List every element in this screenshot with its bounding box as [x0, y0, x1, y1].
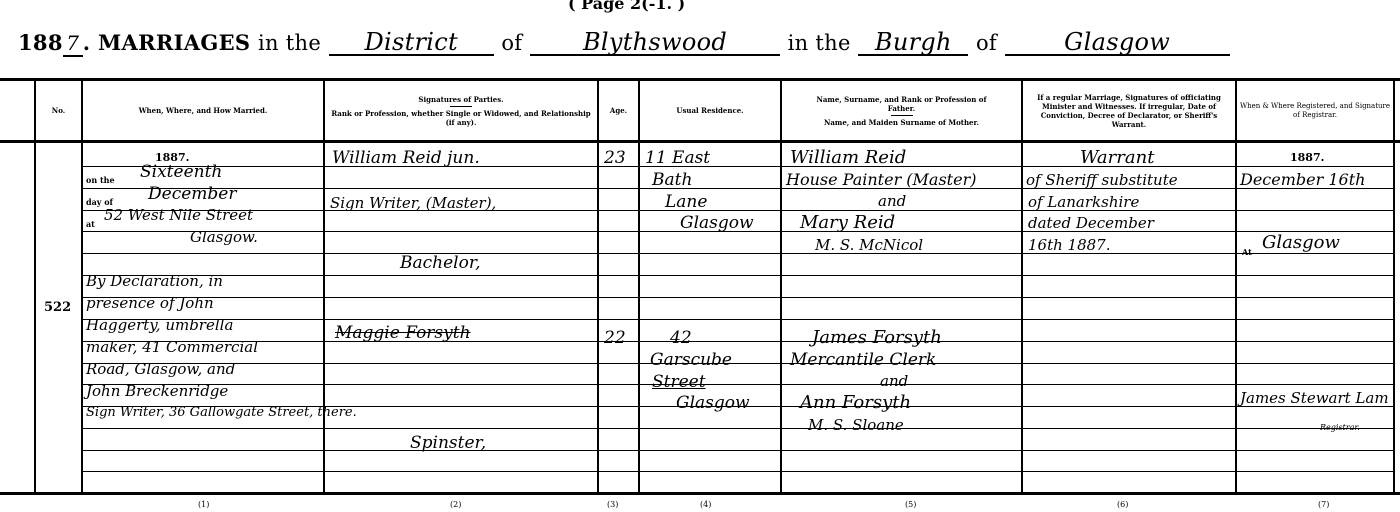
in-the-label: in the — [258, 31, 321, 55]
row-rule — [1237, 253, 1393, 254]
col-rule — [81, 80, 83, 493]
registered-year: 1887. — [1290, 150, 1324, 166]
col-header-residence: Usual Residence. — [640, 81, 780, 140]
bride-residence-line: Garscube — [650, 352, 732, 368]
row-rule — [782, 471, 1021, 472]
column-number: (4) — [700, 500, 711, 509]
row-rule — [1023, 363, 1235, 364]
row-rule — [640, 319, 780, 320]
row-rule — [782, 450, 1021, 451]
how-married-line: presence of John — [86, 295, 214, 311]
column-number: (2) — [450, 500, 461, 509]
row-rule — [1023, 471, 1235, 472]
row-rule — [599, 471, 638, 472]
col-rule — [597, 80, 599, 493]
row-rule — [640, 450, 780, 451]
col-rule — [34, 80, 36, 493]
row-rule — [640, 210, 780, 211]
row-rule — [1237, 428, 1393, 429]
row-rule — [599, 384, 638, 385]
row-rule — [83, 428, 323, 429]
signatures-title: Signatures of Parties. — [418, 95, 503, 104]
col-rule — [638, 80, 640, 493]
how-married-line: By Declaration, in — [86, 273, 223, 289]
row-rule — [1023, 297, 1235, 298]
bride-residence-line: Street — [652, 374, 706, 390]
registrar-label: Registrar. — [1320, 420, 1360, 436]
row-rule — [640, 428, 780, 429]
row-rule — [599, 210, 638, 211]
row-rule — [325, 297, 597, 298]
row-rule — [599, 319, 638, 320]
groom-residence-line: Glasgow — [680, 215, 754, 231]
registered-date: December 16th — [1240, 172, 1365, 188]
of-label-2: of — [976, 31, 997, 55]
row-rule — [782, 275, 1021, 276]
of-label: of — [501, 31, 522, 55]
entry-number: 522 — [44, 300, 71, 316]
row-rule — [1237, 363, 1393, 364]
row-rule — [1023, 406, 1235, 407]
table-bottom-rule — [0, 492, 1400, 495]
registered-place: Glasgow — [1262, 235, 1340, 251]
col-rule — [323, 80, 325, 493]
groom-residence-line: Lane — [665, 194, 707, 210]
district-name: Blythswood — [530, 30, 780, 56]
bride-mother: Ann Forsyth — [800, 395, 911, 411]
column-number: (5) — [905, 500, 916, 509]
row-rule — [325, 363, 597, 364]
row-rule — [1023, 384, 1235, 385]
bride-status: Spinster, — [410, 435, 486, 451]
how-married-line: John Breckenridge — [86, 383, 228, 399]
and-label: and — [878, 193, 906, 209]
col-header-signatures: Signatures of Parties. Rank or Professio… — [325, 81, 597, 140]
row-rule — [782, 210, 1021, 211]
bride-residence-line: Glasgow — [676, 395, 750, 411]
row-rule — [599, 406, 638, 407]
row-rule — [1023, 319, 1235, 320]
register-title: MARRIAGES — [98, 30, 250, 55]
groom-mother: Mary Reid — [800, 215, 895, 231]
bride-mother-maiden: M. S. Sloane — [808, 417, 904, 433]
groom-status: Bachelor, — [400, 255, 481, 271]
area-name: Glasgow — [1005, 30, 1230, 56]
row-rule — [640, 471, 780, 472]
registered-at-label: At — [1242, 244, 1252, 260]
row-rule — [1023, 450, 1235, 451]
signatures-subtitle: Rank or Profession, whether Single or Wi… — [325, 109, 597, 127]
how-married-line: Haggerty, umbrella — [86, 317, 233, 333]
in-the-label-2: in the — [788, 31, 851, 55]
row-rule — [325, 231, 597, 232]
row-rule — [1237, 384, 1393, 385]
register-heading: 1887. MARRIAGES in the District of Blyth… — [18, 30, 1230, 57]
row-rule — [599, 363, 638, 364]
row-rule — [325, 406, 597, 407]
warrant-line: Warrant — [1080, 150, 1154, 166]
warrant-line: of Sheriff substitute — [1026, 172, 1178, 188]
row-rule — [599, 188, 638, 189]
row-rule — [782, 319, 1021, 320]
row-rule — [325, 428, 597, 429]
column-number: (1) — [198, 500, 209, 509]
row-rule — [1237, 297, 1393, 298]
col-header-regular-marriage: If a regular Marriage, Signatures of off… — [1023, 81, 1235, 140]
row-rule — [599, 253, 638, 254]
row-rule — [599, 450, 638, 451]
on-the-label: on the — [86, 172, 115, 188]
warrant-line: of Lanarkshire — [1028, 194, 1139, 210]
bride-father-rank: Mercantile Clerk — [790, 352, 936, 368]
how-married-line: maker, 41 Commercial — [86, 339, 258, 355]
col-header-age: Age. — [599, 81, 638, 140]
groom-residence-line: 11 East — [645, 150, 710, 166]
row-rule — [599, 275, 638, 276]
warrant-line: dated December — [1028, 215, 1154, 231]
groom-signature: William Reid jun. — [332, 150, 480, 166]
bride-age: 22 — [604, 330, 626, 346]
row-rule — [325, 319, 597, 320]
bride-residence-line: 42 — [670, 330, 692, 346]
row-rule — [1023, 428, 1235, 429]
row-rule — [1237, 166, 1393, 167]
row-rule — [83, 450, 323, 451]
district-type: District — [329, 30, 494, 56]
marriage-month: December — [148, 186, 236, 202]
and-label-2: and — [880, 373, 908, 389]
col-rule — [1235, 80, 1237, 493]
row-rule — [325, 384, 597, 385]
mother-header: Name, and Maiden Surname of Mother. — [824, 118, 979, 127]
col-header-when-where: When, Where, and How Married. — [83, 81, 323, 140]
bride-signature: Maggie Forsyth — [335, 325, 471, 341]
area-type: Burgh — [858, 30, 968, 56]
col-rule — [780, 80, 782, 493]
year-digit: 7 — [63, 31, 83, 57]
col-header-parents: Name, Surname, and Rank or Profession of… — [782, 81, 1021, 140]
how-married-line: Sign Writer, 36 Gallowgate Street, there… — [86, 405, 357, 421]
row-rule — [599, 297, 638, 298]
row-rule — [640, 275, 780, 276]
row-rule — [83, 253, 323, 254]
header-bottom-rule — [0, 140, 1400, 143]
row-rule — [640, 341, 780, 342]
row-rule — [1237, 275, 1393, 276]
groom-age: 23 — [604, 150, 626, 166]
row-rule — [1237, 319, 1393, 320]
father-header: Name, Surname, and Rank or Profession of… — [782, 95, 1021, 113]
at-label: at — [86, 216, 95, 232]
page-reference: ( Page 2(-1. ) — [568, 0, 685, 13]
row-rule — [599, 231, 638, 232]
row-rule — [1237, 450, 1393, 451]
row-rule — [1023, 341, 1235, 342]
column-number: (6) — [1117, 500, 1128, 509]
row-rule — [325, 471, 597, 472]
col-header-registered: When & Where Registered, and Signature o… — [1237, 81, 1393, 140]
year-prefix: 188 — [18, 30, 63, 55]
row-rule — [599, 428, 638, 429]
groom-residence-line: Bath — [652, 172, 692, 188]
marriage-place-line1: 52 West Nile Street — [104, 207, 253, 223]
column-number: (7) — [1318, 500, 1329, 509]
row-rule — [83, 471, 323, 472]
registrar-signature: James Stewart Lam — [1240, 390, 1389, 406]
row-rule — [1237, 210, 1393, 211]
row-rule — [1237, 471, 1393, 472]
how-married-line: Road, Glasgow, and — [86, 361, 235, 377]
marriage-day: Sixteenth — [140, 164, 222, 180]
groom-father: William Reid — [790, 150, 906, 166]
col-rule — [1393, 80, 1395, 493]
bride-father: James Forsyth — [812, 330, 942, 346]
groom-occupation: Sign Writer, (Master), — [330, 195, 496, 211]
row-rule — [640, 253, 780, 254]
warrant-line: 16th 1887. — [1028, 237, 1111, 253]
col-rule — [1021, 80, 1023, 493]
col-header-no: No. — [36, 81, 81, 140]
groom-father-rank: House Painter (Master) — [786, 172, 976, 188]
row-rule — [1023, 275, 1235, 276]
groom-mother-maiden: M. S. McNicol — [815, 237, 923, 253]
row-rule — [325, 275, 597, 276]
row-rule — [782, 297, 1021, 298]
column-number: (3) — [607, 500, 618, 509]
row-rule — [1237, 341, 1393, 342]
row-rule — [325, 188, 597, 189]
row-rule — [640, 297, 780, 298]
marriage-place-line2: Glasgow. — [190, 229, 258, 245]
